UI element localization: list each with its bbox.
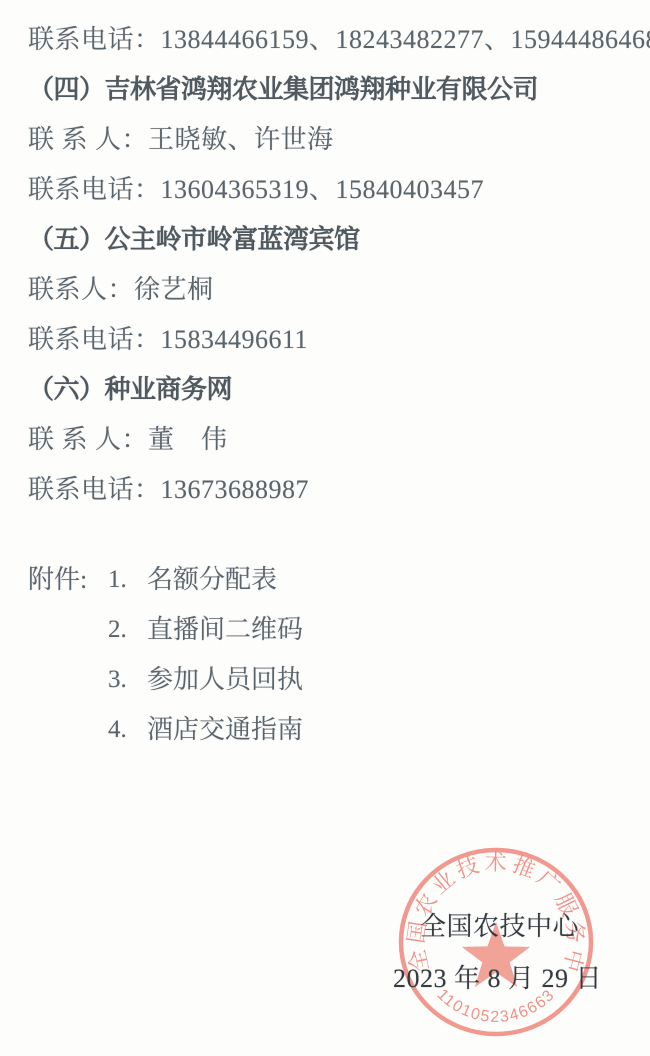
attachment-number: 4. [108,705,147,755]
attachment-number: 3. [108,655,147,705]
contact-person-line: 联 系 人：王晓敏、许世海 [28,115,650,165]
phone-line: 联系电话：13673688987 [28,465,650,515]
attachments-block: 附件: 1. 名额分配表 2. 直播间二维码 3. 参加人员回执 4. 酒店交通… [28,555,650,755]
attachment-number: 2. [108,605,147,655]
phone-line: 联系电话：15834496611 [28,315,650,365]
contact-person-line: 联 系 人：董 伟 [28,415,650,465]
attachment-row: 附件: 1. 名额分配表 [28,555,650,605]
attachment-number: 1. [108,555,147,605]
attachment-title: 参加人员回执 [147,655,303,705]
attachment-row: 4. 酒店交通指南 [28,705,650,755]
attachment-title: 酒店交通指南 [147,705,303,755]
phone-line: 联系电话：13844466159、18243482277、15944486468 [28,15,650,65]
section-heading-5: （五）公主岭市岭富蓝湾宾馆 [28,215,650,265]
signature-org: 全国农技中心 [420,906,579,943]
contact-person-line: 联系人：徐艺桐 [28,265,650,315]
phone-line: 联系电话：13604365319、15840403457 [28,165,650,215]
signature-date: 2023 年 8 月 29 日 [393,958,602,995]
section-heading-4: （四）吉林省鸿翔农业集团鸿翔种业有限公司 [28,65,650,115]
attachment-row: 2. 直播间二维码 [28,605,650,655]
attachment-title: 直播间二维码 [147,605,303,655]
section-heading-6: （六）种业商务网 [28,365,650,415]
attachments-label: 附件: [28,555,108,605]
attachment-row: 3. 参加人员回执 [28,655,650,705]
attachment-title: 名额分配表 [147,555,277,605]
